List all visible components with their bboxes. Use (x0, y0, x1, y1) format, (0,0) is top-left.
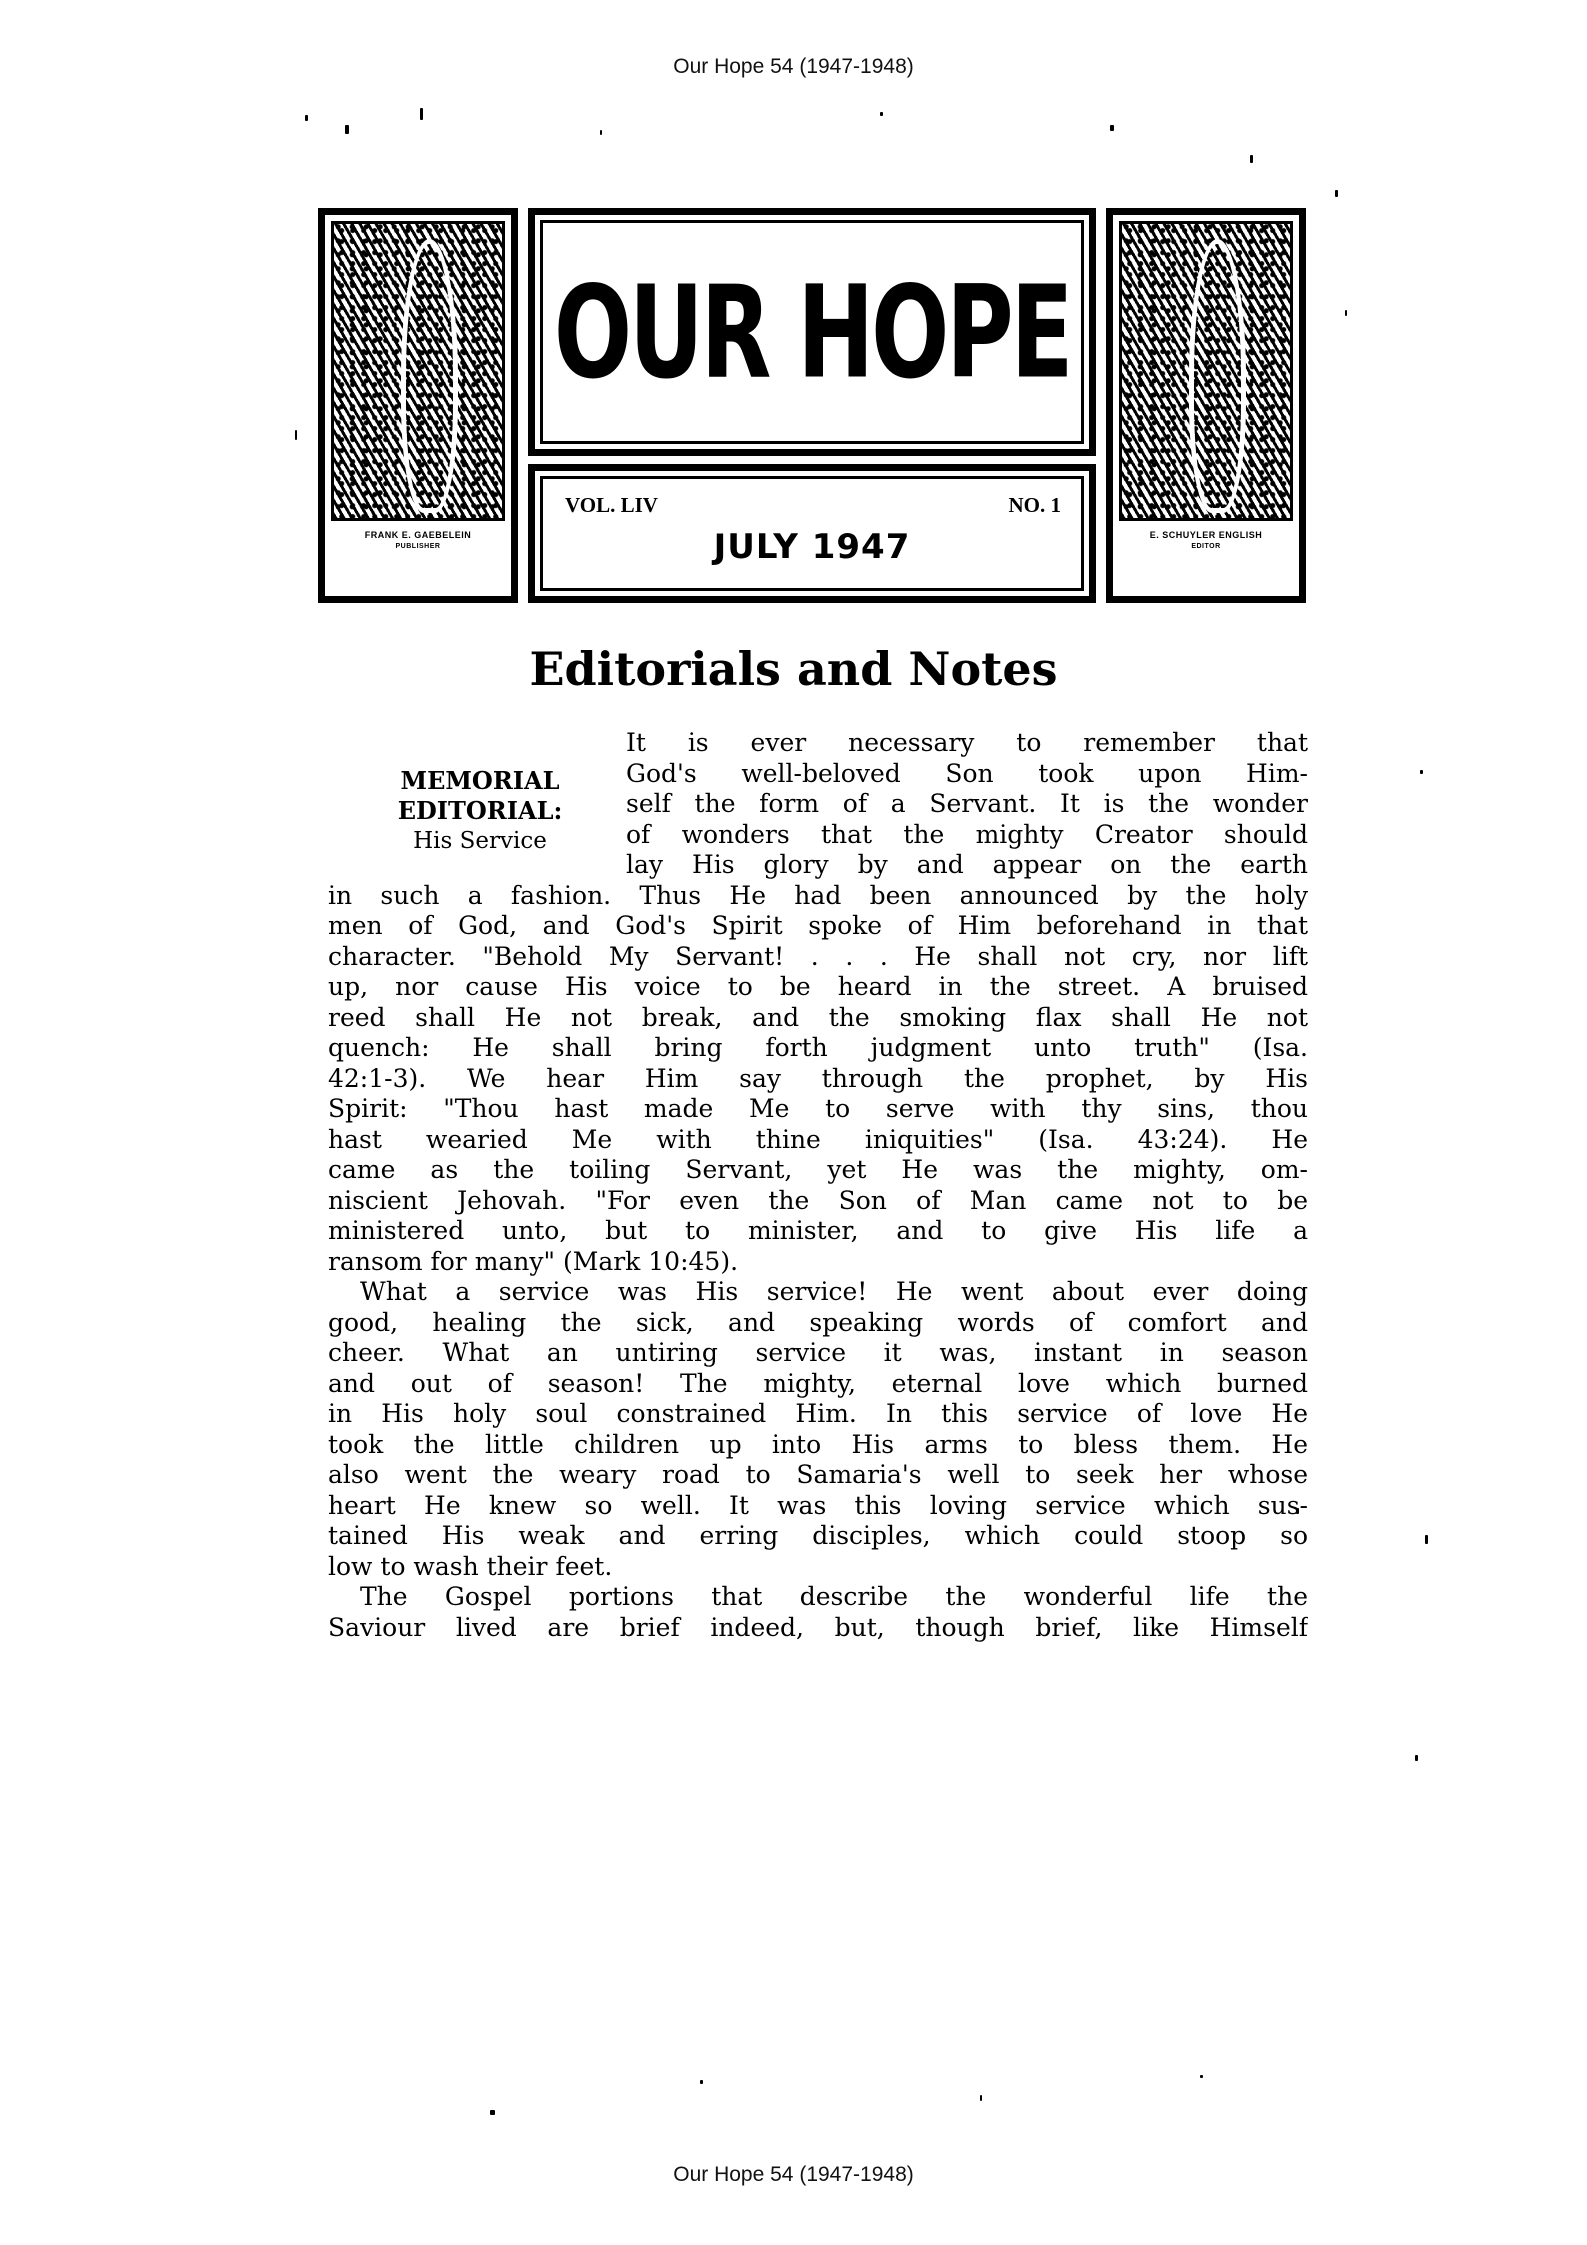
text-line: ransom for many" (Mark 10:45). (328, 1247, 1308, 1278)
paragraph-2: What a service was His service! He went … (328, 1277, 1308, 1582)
text-line: in His holy soul constrained Him. In thi… (328, 1399, 1308, 1430)
issue-box: VOL. LIV NO. 1 JULY 1947 (528, 464, 1096, 603)
floral-ornament-icon (331, 221, 505, 521)
issue-number: NO. 1 (1009, 493, 1062, 518)
publication-title: OUR HOPE (554, 268, 1071, 395)
editor-role: EDITOR (1119, 541, 1293, 553)
ornament-panel-right: E. SCHUYLER ENGLISH EDITOR (1106, 208, 1306, 603)
section-title: Editorials and Notes (0, 642, 1587, 696)
publisher-name: FRANK E. GAEBELEIN (331, 529, 505, 541)
text-line: What a service was His service! He went … (328, 1277, 1308, 1308)
text-line: and out of season! The mighty, eternal l… (328, 1369, 1308, 1400)
text-line: It is ever necessary to remember that (626, 728, 1308, 759)
text-line: self the form of a Servant. It is the wo… (626, 789, 1308, 820)
text-line: Spirit: "Thou hast made Me to serve with… (328, 1094, 1308, 1125)
text-line: cheer. What an untiring service it was, … (328, 1338, 1308, 1369)
running-footer: Our Hope 54 (1947-1948) (0, 2163, 1587, 2187)
editor-name: E. SCHUYLER ENGLISH (1119, 529, 1293, 541)
text-line: Saviour lived are brief indeed, but, tho… (328, 1613, 1308, 1644)
masthead-center: OUR HOPE VOL. LIV NO. 1 JULY 1947 (528, 208, 1096, 603)
text-line: low to wash their feet. (328, 1552, 1308, 1583)
text-line: also went the weary road to Samaria's we… (328, 1460, 1308, 1491)
text-line: men of God, and God's Spirit spoke of Hi… (328, 911, 1308, 942)
ornament-panel-left: FRANK E. GAEBELEIN PUBLISHER (318, 208, 518, 603)
text-line: of wonders that the mighty Creator shoul… (626, 820, 1308, 851)
text-line: heart He knew so well. It was this lovin… (328, 1491, 1308, 1522)
text-line: came as the toiling Servant, yet He was … (328, 1155, 1308, 1186)
text-line: lay His glory by and appear on the earth (626, 850, 1308, 881)
paragraph-1: in such a fashion. Thus He had been anno… (328, 881, 1308, 1278)
text-line: in such a fashion. Thus He had been anno… (328, 881, 1308, 912)
text-line: God's well-beloved Son took upon Him- (626, 759, 1308, 790)
volume-label: VOL. LIV (565, 493, 658, 518)
text-line: reed shall He not break, and the smoking… (328, 1003, 1308, 1034)
text-line: ministered unto, but to minister, and to… (328, 1216, 1308, 1247)
text-line: tained His weak and erring disciples, wh… (328, 1521, 1308, 1552)
floral-ornament-icon (1119, 221, 1293, 521)
paragraph-1-opening: It is ever necessary to remember that Go… (328, 728, 1308, 881)
title-box: OUR HOPE (528, 208, 1096, 456)
text-line: quench: He shall bring forth judgment un… (328, 1033, 1308, 1064)
publisher-role: PUBLISHER (331, 541, 505, 553)
issue-date: JULY 1947 (543, 527, 1081, 567)
text-line: hast wearied Me with thine iniquities" (… (328, 1125, 1308, 1156)
text-line: took the little children up into His arm… (328, 1430, 1308, 1461)
text-line: good, healing the sick, and speaking wor… (328, 1308, 1308, 1339)
text-line: niscient Jehovah. "For even the Son of M… (328, 1186, 1308, 1217)
text-line: character. "Behold My Servant! . . . He … (328, 942, 1308, 973)
paragraph-3: The Gospel portions that describe the wo… (328, 1582, 1308, 1643)
text-line: up, nor cause His voice to be heard in t… (328, 972, 1308, 1003)
article-body: It is ever necessary to remember that Go… (328, 728, 1308, 1643)
running-header: Our Hope 54 (1947-1948) (0, 55, 1587, 79)
masthead: FRANK E. GAEBELEIN PUBLISHER OUR HOPE VO… (318, 208, 1306, 603)
text-line: 42:1-3). We hear Him say through the pro… (328, 1064, 1308, 1095)
text-line: The Gospel portions that describe the wo… (328, 1582, 1308, 1613)
